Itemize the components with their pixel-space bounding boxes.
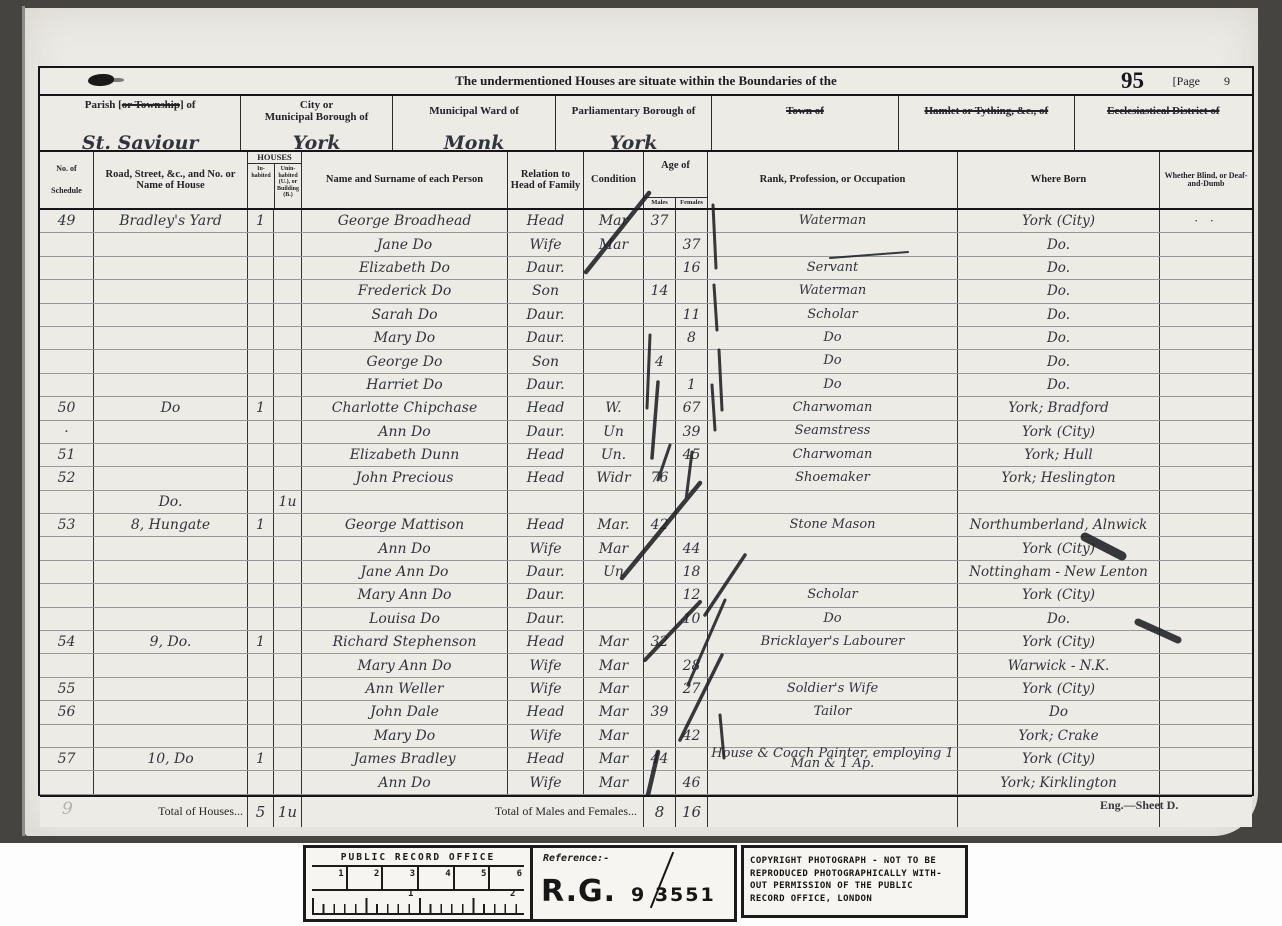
cell-occupation bbox=[708, 537, 958, 559]
col-males: Males bbox=[644, 198, 676, 208]
cell-age-female bbox=[676, 748, 708, 770]
cell-relation: Wife bbox=[508, 233, 584, 255]
cell-age-male bbox=[644, 233, 676, 255]
col-age-label: Age of bbox=[644, 152, 707, 197]
cell-schedule: 54 bbox=[40, 631, 94, 653]
col-condition: Condition bbox=[584, 152, 644, 208]
cell-schedule bbox=[40, 233, 94, 255]
cell-relation bbox=[508, 491, 584, 513]
cell-occupation: Shoemaker bbox=[708, 467, 958, 489]
cell-road: 8, Hungate bbox=[94, 514, 248, 536]
cm-ruler: 1 2 3 4 5 6 bbox=[312, 865, 524, 891]
cm-4: 4 bbox=[419, 867, 455, 889]
cell-condition: Mar bbox=[584, 725, 644, 747]
cell-schedule: 50 bbox=[40, 397, 94, 419]
cell-uninhabited bbox=[274, 631, 302, 653]
cell-occupation: Waterman bbox=[708, 280, 958, 302]
cell-schedule: 49 bbox=[40, 210, 94, 232]
cell-age-male: 42 bbox=[644, 514, 676, 536]
parliamentary-label: Parliamentary Borough of bbox=[572, 105, 696, 117]
col-occupation-label: Rank, Profession, or Occupation bbox=[760, 174, 906, 186]
cell-road bbox=[94, 537, 248, 559]
table-row: 49 Bradley's Yard 1 George Broadhead Hea… bbox=[40, 210, 1252, 233]
cell-blind bbox=[1160, 678, 1252, 700]
table-row: Sarah Do Daur. 11 Scholar Do. bbox=[40, 304, 1252, 327]
cell-blind bbox=[1160, 257, 1252, 279]
column-headers: No. of Schedule Road, Street, &c., and N… bbox=[40, 152, 1252, 210]
cell-road bbox=[94, 771, 248, 793]
cell-occupation: Do bbox=[708, 350, 958, 372]
cell-blind bbox=[1160, 467, 1252, 489]
cell-age-female bbox=[676, 514, 708, 536]
col-houses: HOUSES In-habited Unin-habited (U.), or … bbox=[248, 152, 302, 208]
folio-number: 95 bbox=[1121, 68, 1144, 94]
copyright-stamp: COPYRIGHT PHOTOGRAPH - NOT TO BE REPRODU… bbox=[741, 845, 968, 918]
cell-age-female bbox=[676, 350, 708, 372]
cell-inhabited: 1 bbox=[248, 514, 274, 536]
census-form: The undermentioned Houses are situate wi… bbox=[38, 66, 1254, 796]
cell-occupation: Charwoman bbox=[708, 397, 958, 419]
form-caption: The undermentioned Houses are situate wi… bbox=[40, 73, 1252, 89]
cell-road bbox=[94, 467, 248, 489]
cell-relation: Head bbox=[508, 397, 584, 419]
town-label: Town of bbox=[786, 105, 824, 117]
cell-inhabited bbox=[248, 280, 274, 302]
cell-age-male bbox=[644, 725, 676, 747]
cell-born: Do. bbox=[958, 608, 1160, 630]
cell-blind bbox=[1160, 444, 1252, 466]
total-houses-label: Total of Houses... bbox=[158, 804, 243, 819]
cell-age-female: 12 bbox=[676, 584, 708, 606]
cell-name: Sarah Do bbox=[302, 304, 508, 326]
cell-relation: Head bbox=[508, 701, 584, 723]
cell-occupation: House & Coach Painter, employing 1 Man &… bbox=[708, 748, 958, 770]
cell-condition bbox=[584, 374, 644, 396]
cell-born: Do. bbox=[958, 350, 1160, 372]
cell-born: York; Bradford bbox=[958, 397, 1160, 419]
table-row: 56 John Dale Head Mar 39 Tailor Do bbox=[40, 701, 1252, 724]
cell-road: 9, Do. bbox=[94, 631, 248, 653]
cell-relation: Daur. bbox=[508, 327, 584, 349]
table-row: Elizabeth Do Daur. 16 Servant Do. bbox=[40, 257, 1252, 280]
cell-name: Charlotte Chipchase bbox=[302, 397, 508, 419]
cell-age-female bbox=[676, 467, 708, 489]
cell-uninhabited bbox=[274, 584, 302, 606]
cell-occupation: Charwoman bbox=[708, 444, 958, 466]
cell-name: Elizabeth Do bbox=[302, 257, 508, 279]
cm-1: 1 bbox=[312, 867, 348, 889]
cell-born bbox=[958, 491, 1160, 513]
cell-age-male: 32 bbox=[644, 631, 676, 653]
cell-uninhabited bbox=[274, 678, 302, 700]
cell-blind bbox=[1160, 421, 1252, 443]
cell-born: Northumberland, Alnwick bbox=[958, 514, 1160, 536]
cell-uninhabited bbox=[274, 561, 302, 583]
cell-occupation: Do bbox=[708, 327, 958, 349]
cell-road bbox=[94, 327, 248, 349]
copyright-line-3: OUT PERMISSION OF THE PUBLIC bbox=[750, 880, 959, 893]
cell-occupation bbox=[708, 233, 958, 255]
table-row: Frederick Do Son 14 Waterman Do. bbox=[40, 280, 1252, 303]
cell-occupation: Do bbox=[708, 374, 958, 396]
table-row: Jane Do Wife Mar 37 Do. bbox=[40, 233, 1252, 256]
total-females: 16 bbox=[682, 803, 701, 821]
col-relation-label: Relation to Head of Family bbox=[510, 169, 581, 192]
cell-schedule bbox=[40, 350, 94, 372]
cell-schedule: 52 bbox=[40, 467, 94, 489]
cell-name: George Mattison bbox=[302, 514, 508, 536]
cell-blind bbox=[1160, 537, 1252, 559]
cell-inhabited bbox=[248, 608, 274, 630]
table-row: 57 10, Do 1 James Bradley Head Mar 44 Ho… bbox=[40, 748, 1252, 771]
cell-inhabited bbox=[248, 584, 274, 606]
cell-relation: Daur. bbox=[508, 584, 584, 606]
cell-condition: Widr bbox=[584, 467, 644, 489]
cell-condition bbox=[584, 350, 644, 372]
cell-schedule bbox=[40, 257, 94, 279]
cell-age-male bbox=[644, 561, 676, 583]
table-row: Mary Do Daur. 8 Do Do. bbox=[40, 327, 1252, 350]
cell-blind bbox=[1160, 701, 1252, 723]
cell-uninhabited bbox=[274, 771, 302, 793]
cell-condition: Mar bbox=[584, 678, 644, 700]
cell-age-female: 45 bbox=[676, 444, 708, 466]
cell-age-male: 4 bbox=[644, 350, 676, 372]
page-label: [Page bbox=[1173, 74, 1200, 89]
table-row: 54 9, Do. 1 Richard Stephenson Head Mar … bbox=[40, 631, 1252, 654]
cell-born: Nottingham - New Lenton bbox=[958, 561, 1160, 583]
cell-inhabited bbox=[248, 444, 274, 466]
cell-inhabited bbox=[248, 374, 274, 396]
cell-inhabited bbox=[248, 537, 274, 559]
cell-uninhabited bbox=[274, 748, 302, 770]
cell-relation: Wife bbox=[508, 678, 584, 700]
cell-blind bbox=[1160, 280, 1252, 302]
cell-road bbox=[94, 701, 248, 723]
cell-born: York; Kirklington bbox=[958, 771, 1160, 793]
cell-schedule: 57 bbox=[40, 748, 94, 770]
cell-occupation: Seamstress bbox=[708, 421, 958, 443]
cell-age-female: 11 bbox=[676, 304, 708, 326]
cell-blind bbox=[1160, 350, 1252, 372]
city-label-2: Municipal Borough of bbox=[265, 111, 369, 123]
cell-name: John Precious bbox=[302, 467, 508, 489]
cell-age-female bbox=[676, 210, 708, 232]
cell-blind bbox=[1160, 608, 1252, 630]
cell-name: Elizabeth Dunn bbox=[302, 444, 508, 466]
cell-uninhabited bbox=[274, 257, 302, 279]
cell-road bbox=[94, 257, 248, 279]
cell-uninhabited bbox=[274, 327, 302, 349]
cell-inhabited: 1 bbox=[248, 631, 274, 653]
cm-2: 2 bbox=[348, 867, 384, 889]
rg-series: R.G. bbox=[541, 874, 616, 909]
cell-blind bbox=[1160, 725, 1252, 747]
parish-cell: Parish [or Township] of St. Saviour bbox=[40, 96, 241, 150]
table-row: 52 John Precious Head Widr 76 Shoemaker … bbox=[40, 467, 1252, 490]
cell-age-female: 18 bbox=[676, 561, 708, 583]
cell-inhabited bbox=[248, 327, 274, 349]
cell-blind bbox=[1160, 233, 1252, 255]
col-born-label: Where Born bbox=[1031, 174, 1087, 186]
cell-age-male bbox=[644, 397, 676, 419]
cell-occupation: Do bbox=[708, 608, 958, 630]
cell-occupation: Stone Mason bbox=[708, 514, 958, 536]
copyright-line-2: REPRODUCED PHOTOGRAPHICALLY WITH- bbox=[750, 868, 959, 881]
cell-road bbox=[94, 654, 248, 676]
cell-condition bbox=[584, 304, 644, 326]
cell-inhabited bbox=[248, 421, 274, 443]
cell-uninhabited bbox=[274, 654, 302, 676]
cell-age-female: 1 bbox=[676, 374, 708, 396]
cell-schedule: 55 bbox=[40, 678, 94, 700]
cell-age-female bbox=[676, 280, 708, 302]
table-row: 55 Ann Weller Wife Mar 27 Soldier's Wife… bbox=[40, 678, 1252, 701]
cm-3: 3 bbox=[383, 867, 419, 889]
cell-uninhabited bbox=[274, 304, 302, 326]
cell-inhabited bbox=[248, 701, 274, 723]
cm-5: 5 bbox=[455, 867, 491, 889]
cell-relation: Head bbox=[508, 631, 584, 653]
cell-road bbox=[94, 304, 248, 326]
cell-age-male bbox=[644, 608, 676, 630]
cell-inhabited bbox=[248, 678, 274, 700]
town-cell: Town of bbox=[712, 96, 899, 150]
cell-name: Richard Stephenson bbox=[302, 631, 508, 653]
cell-inhabited bbox=[248, 257, 274, 279]
col-born: Where Born bbox=[958, 152, 1160, 208]
cell-born: Warwick - N.K. bbox=[958, 654, 1160, 676]
cell-road bbox=[94, 233, 248, 255]
cell-inhabited: 1 bbox=[248, 210, 274, 232]
cell-road: Bradley's Yard bbox=[94, 210, 248, 232]
hamlet-cell: Hamlet or Tything, &c., of bbox=[899, 96, 1074, 150]
cell-inhabited bbox=[248, 491, 274, 513]
cell-blind bbox=[1160, 654, 1252, 676]
cell-relation: Head bbox=[508, 748, 584, 770]
col-relation: Relation to Head of Family bbox=[508, 152, 584, 208]
ecclesiastical-label: Ecclesiastical District of bbox=[1107, 105, 1219, 117]
table-row: Ann Do Wife Mar 46 York; Kirklington bbox=[40, 771, 1252, 794]
cell-uninhabited bbox=[274, 467, 302, 489]
col-schedule-l2: Schedule bbox=[51, 187, 82, 196]
cell-relation: Head bbox=[508, 210, 584, 232]
cell-road bbox=[94, 374, 248, 396]
cell-age-male bbox=[644, 771, 676, 793]
cell-blind bbox=[1160, 771, 1252, 793]
cell-age-male bbox=[644, 304, 676, 326]
ecclesiastical-cell: Ecclesiastical District of bbox=[1075, 96, 1252, 150]
cell-schedule bbox=[40, 654, 94, 676]
cell-uninhabited bbox=[274, 350, 302, 372]
cell-name bbox=[302, 491, 508, 513]
district-header: Parish [or Township] of St. Saviour City… bbox=[40, 96, 1252, 152]
cell-born: York (City) bbox=[958, 210, 1160, 232]
col-houses-title: HOUSES bbox=[248, 152, 301, 164]
cell-age-female: 8 bbox=[676, 327, 708, 349]
cell-inhabited: 1 bbox=[248, 748, 274, 770]
cell-relation: Head bbox=[508, 514, 584, 536]
cell-condition: Mar. bbox=[584, 514, 644, 536]
cell-age-male: 76 bbox=[644, 467, 676, 489]
cell-inhabited bbox=[248, 561, 274, 583]
cell-road bbox=[94, 280, 248, 302]
cell-born: York (City) bbox=[958, 631, 1160, 653]
cell-age-male bbox=[644, 584, 676, 606]
cell-relation: Son bbox=[508, 280, 584, 302]
cell-inhabited bbox=[248, 654, 274, 676]
col-uninhabited: Unin-habited (U.), or Building (B.) bbox=[275, 164, 301, 208]
cell-condition: W. bbox=[584, 397, 644, 419]
cell-schedule bbox=[40, 608, 94, 630]
cell-road: 10, Do bbox=[94, 748, 248, 770]
col-females: Females bbox=[676, 198, 707, 208]
cell-schedule bbox=[40, 304, 94, 326]
cell-age-male: 14 bbox=[644, 280, 676, 302]
cell-blind bbox=[1160, 304, 1252, 326]
copyright-line-4: RECORD OFFICE, LONDON bbox=[750, 893, 959, 906]
cell-occupation: Scholar bbox=[708, 304, 958, 326]
census-scan: The undermentioned Houses are situate wi… bbox=[0, 0, 1282, 926]
cell-blind bbox=[1160, 748, 1252, 770]
total-occupation-empty bbox=[708, 797, 958, 827]
cell-relation: Daur. bbox=[508, 608, 584, 630]
cell-inhabited bbox=[248, 467, 274, 489]
cell-relation: Daur. bbox=[508, 561, 584, 583]
cell-schedule bbox=[40, 725, 94, 747]
cell-schedule bbox=[40, 491, 94, 513]
inch-ruler: 1 2 bbox=[312, 891, 524, 915]
cell-name: Louisa Do bbox=[302, 608, 508, 630]
cell-born: York (City) bbox=[958, 584, 1160, 606]
cell-age-male bbox=[644, 421, 676, 443]
cell-condition bbox=[584, 491, 644, 513]
table-row: Mary Do Wife Mar 42 York; Crake bbox=[40, 725, 1252, 748]
cell-relation: Wife bbox=[508, 654, 584, 676]
cm-6: 6 bbox=[490, 867, 524, 889]
cell-age-female: 46 bbox=[676, 771, 708, 793]
cell-born: York; Heslington bbox=[958, 467, 1160, 489]
col-blind-label: Whether Blind, or Deaf-and-Dumb bbox=[1162, 172, 1250, 189]
cell-born: Do. bbox=[958, 304, 1160, 326]
sheet-note: Eng.—Sheet D. bbox=[1100, 798, 1178, 813]
pro-stamp: PUBLIC RECORD OFFICE 1 2 3 4 5 6 1 2 Ref… bbox=[303, 845, 737, 922]
cell-condition: Mar bbox=[584, 701, 644, 723]
cell-uninhabited bbox=[274, 514, 302, 536]
pencil-note: 9 bbox=[62, 799, 73, 819]
cell-inhabited: 1 bbox=[248, 397, 274, 419]
col-schedule-l1: No. of bbox=[56, 165, 76, 174]
cell-age-female: 42 bbox=[676, 725, 708, 747]
table-row: Mary Ann Do Daur. 12 Scholar York (City) bbox=[40, 584, 1252, 607]
col-blind: Whether Blind, or Deaf-and-Dumb bbox=[1160, 152, 1252, 208]
table-row: George Do Son 4 Do Do. bbox=[40, 350, 1252, 373]
cell-uninhabited bbox=[274, 537, 302, 559]
cell-age-female: 44 bbox=[676, 537, 708, 559]
cell-occupation: Tailor bbox=[708, 701, 958, 723]
cell-uninhabited bbox=[274, 725, 302, 747]
cell-inhabited bbox=[248, 725, 274, 747]
pro-reference-panel: Reference:- R.G. 9 3551 bbox=[533, 848, 734, 919]
parish-struck: or Township bbox=[122, 99, 180, 111]
cell-condition bbox=[584, 280, 644, 302]
cell-condition: Un bbox=[584, 421, 644, 443]
cell-uninhabited bbox=[274, 421, 302, 443]
col-road-label: Road, Street, &c., and No. or Name of Ho… bbox=[96, 169, 245, 192]
col-schedule: No. of Schedule bbox=[40, 152, 94, 208]
col-condition-label: Condition bbox=[591, 174, 636, 186]
cell-schedule: 51 bbox=[40, 444, 94, 466]
cell-age-female: 27 bbox=[676, 678, 708, 700]
cell-age-female: 37 bbox=[676, 233, 708, 255]
cell-uninhabited bbox=[274, 701, 302, 723]
cell-condition bbox=[584, 608, 644, 630]
table-row: Do. 1u bbox=[40, 491, 1252, 514]
col-age: Age of Males Females bbox=[644, 152, 708, 208]
cell-name: Frederick Do bbox=[302, 280, 508, 302]
city-label-1: City or bbox=[300, 99, 333, 111]
cell-blind bbox=[1160, 374, 1252, 396]
cell-born: Do. bbox=[958, 233, 1160, 255]
cell-schedule bbox=[40, 584, 94, 606]
cell-condition: Mar bbox=[584, 210, 644, 232]
table-row: Ann Do Wife Mar 44 York (City) bbox=[40, 537, 1252, 560]
cell-name: George Do bbox=[302, 350, 508, 372]
cell-relation: Son bbox=[508, 350, 584, 372]
cell-condition: Mar bbox=[584, 631, 644, 653]
cell-name: Jane Ann Do bbox=[302, 561, 508, 583]
cell-age-male bbox=[644, 444, 676, 466]
city-value: York bbox=[241, 137, 392, 149]
cell-relation: Daur. bbox=[508, 421, 584, 443]
cell-age-female bbox=[676, 631, 708, 653]
cell-blind bbox=[1160, 514, 1252, 536]
cell-road bbox=[94, 444, 248, 466]
cell-name: Ann Do bbox=[302, 771, 508, 793]
cell-age-female: 67 bbox=[676, 397, 708, 419]
cell-age-male bbox=[644, 327, 676, 349]
cell-age-female bbox=[676, 491, 708, 513]
cell-born: York; Crake bbox=[958, 725, 1160, 747]
census-page: The undermentioned Houses are situate wi… bbox=[25, 8, 1258, 836]
cell-born: Do bbox=[958, 701, 1160, 723]
table-row: 53 8, Hungate 1 George Mattison Head Mar… bbox=[40, 514, 1252, 537]
table-row: Louisa Do Daur. 10 Do Do. bbox=[40, 608, 1252, 631]
cell-schedule: 56 bbox=[40, 701, 94, 723]
cell-occupation: Soldier's Wife bbox=[708, 678, 958, 700]
total-houses-label-cell: 9 Total of Houses... bbox=[40, 797, 248, 827]
cell-road bbox=[94, 584, 248, 606]
cell-uninhabited bbox=[274, 280, 302, 302]
col-name: Name and Surname of each Person bbox=[302, 152, 508, 208]
cell-condition: Un bbox=[584, 561, 644, 583]
cell-condition bbox=[584, 327, 644, 349]
cell-name: Mary Do bbox=[302, 327, 508, 349]
cell-born: Do. bbox=[958, 327, 1160, 349]
ward-cell: Municipal Ward of Monk bbox=[393, 96, 556, 150]
cell-name: Mary Ann Do bbox=[302, 584, 508, 606]
cell-age-female: 28 bbox=[676, 654, 708, 676]
cell-age-female: 39 bbox=[676, 421, 708, 443]
cell-born: Do. bbox=[958, 280, 1160, 302]
cell-uninhabited bbox=[274, 233, 302, 255]
cell-road bbox=[94, 608, 248, 630]
cell-uninhabited: 1u bbox=[274, 491, 302, 513]
cell-born: York (City) bbox=[958, 421, 1160, 443]
cell-name: Ann Do bbox=[302, 421, 508, 443]
cell-name: John Dale bbox=[302, 701, 508, 723]
cell-relation: Daur. bbox=[508, 257, 584, 279]
